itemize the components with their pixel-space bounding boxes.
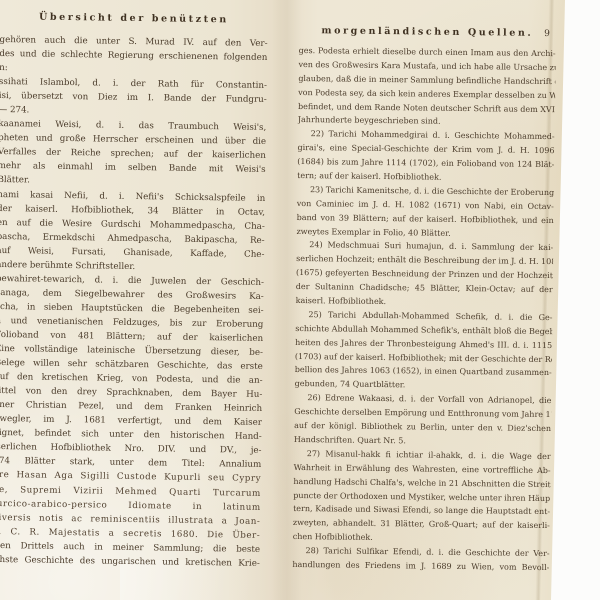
- book-scan-photo: Übersicht der benützten gehören auch die…: [0, 0, 600, 600]
- right-text-block: ges. Podesta erhielt dieselbe durch eine…: [292, 44, 555, 575]
- left-running-header: Übersicht der benützten: [0, 11, 268, 27]
- right-header-row: morgenländischen Quellen. 9: [299, 25, 556, 40]
- left-page: Übersicht der benützten gehören auch die…: [0, 11, 268, 571]
- right-page: morgenländischen Quellen. 9 ges. Podesta…: [292, 25, 556, 575]
- page-number: 9: [544, 29, 550, 39]
- left-text-block: gehören auch die unter S. Murad IV. auf …: [0, 33, 268, 571]
- right-running-header: morgenländischen Quellen.: [299, 25, 556, 40]
